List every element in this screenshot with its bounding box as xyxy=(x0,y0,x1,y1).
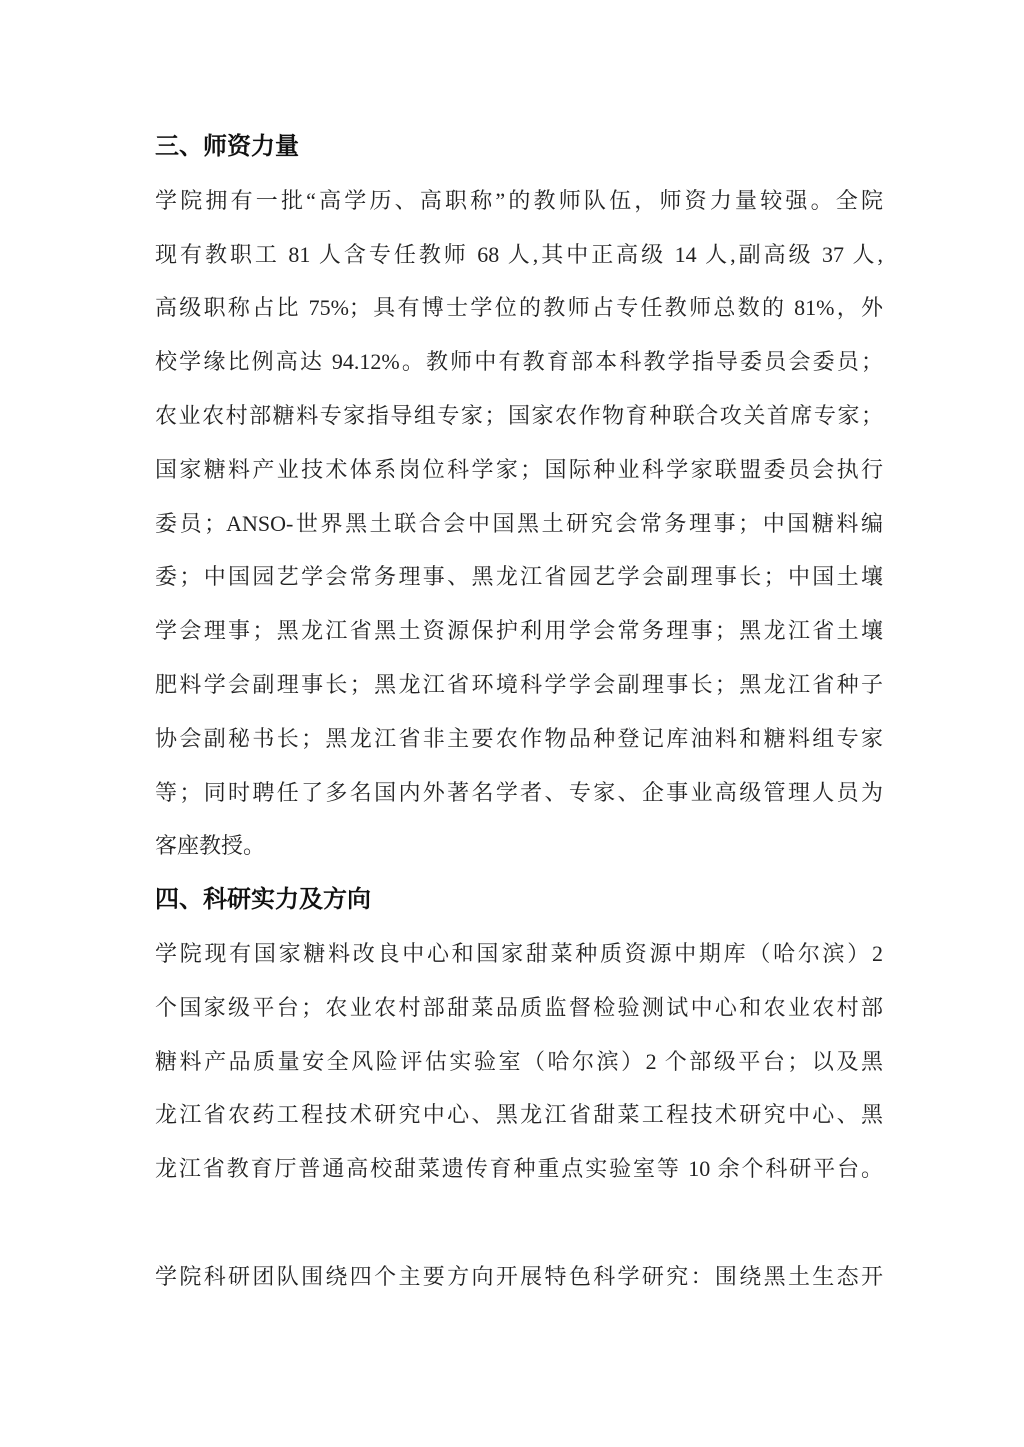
section-heading-research: 四、科研实力及方向 xyxy=(155,873,883,927)
paragraph-teachers: 学院拥有一批“高学历、高职称”的教师队伍，师资力量较强。全院 现有教职工 81 … xyxy=(155,174,883,873)
text-line: 学院科研团队围绕四个主要方向开展特色科学研究：围绕黑土生态开 xyxy=(155,1250,883,1304)
text-line: 校学缘比例高达 94.12%。教师中有教育部本科教学指导委员会委员； xyxy=(155,335,883,389)
text-line: 肥料学会副理事长；黑龙江省环境科学学会副理事长；黑龙江省种子 xyxy=(155,658,883,712)
text-line: 协会副秘书长；黑龙江省非主要农作物品种登记库油料和糖料组专家 xyxy=(155,712,883,766)
text-line: 国家糖料产业技术体系岗位科学家；国际种业科学家联盟委员会执行 xyxy=(155,443,883,497)
text-line: 农业农村部糖料专家指导组专家；国家农作物育种联合攻关首席专家； xyxy=(155,389,883,443)
text-line: 现有教职工 81 人含专任教师 68 人,其中正高级 14 人,副高级 37 人… xyxy=(155,228,883,282)
text-line: 个国家级平台；农业农村部甜菜品质监督检验测试中心和农业农村部 xyxy=(155,981,883,1035)
section-heading-teachers: 三、师资力量 xyxy=(155,120,883,174)
text-line: 学会理事；黑龙江省黑土资源保护利用学会常务理事；黑龙江省土壤 xyxy=(155,604,883,658)
text-line: 糖料产品质量安全风险评估实验室（哈尔滨）2 个部级平台；以及黑 xyxy=(155,1035,883,1089)
text-line: 学院拥有一批“高学历、高职称”的教师队伍，师资力量较强。全院 xyxy=(155,174,883,228)
text-line: 客座教授。 xyxy=(155,819,883,873)
text-line: 龙江省教育厅普通高校甜菜遗传育种重点实验室等 10 余个科研平台。 xyxy=(155,1142,883,1196)
text-line: 委；中国园艺学会常务理事、黑龙江省园艺学会副理事长；中国土壤 xyxy=(155,550,883,604)
text-line: 高级职称占比 75%；具有博士学位的教师占专任教师总数的 81%，外 xyxy=(155,281,883,335)
text-line: 委员；ANSO-世界黑土联合会中国黑土研究会常务理事；中国糖料编 xyxy=(155,497,883,551)
text-line: 龙江省农药工程技术研究中心、黑龙江省甜菜工程技术研究中心、黑 xyxy=(155,1088,883,1142)
document-page: 三、师资力量 学院拥有一批“高学历、高职称”的教师队伍，师资力量较强。全院 现有… xyxy=(0,0,1024,1447)
paragraph-research-platforms: 学院现有国家糖料改良中心和国家甜菜种质资源中期库（哈尔滨）2 个国家级平台；农业… xyxy=(155,927,883,1196)
text-line: 学院现有国家糖料改良中心和国家甜菜种质资源中期库（哈尔滨）2 xyxy=(155,927,883,981)
text-line: 等；同时聘任了多名国内外著名学者、专家、企事业高级管理人员为 xyxy=(155,766,883,820)
paragraph-research-directions: 学院科研团队围绕四个主要方向开展特色科学研究：围绕黑土生态开 xyxy=(155,1250,883,1304)
